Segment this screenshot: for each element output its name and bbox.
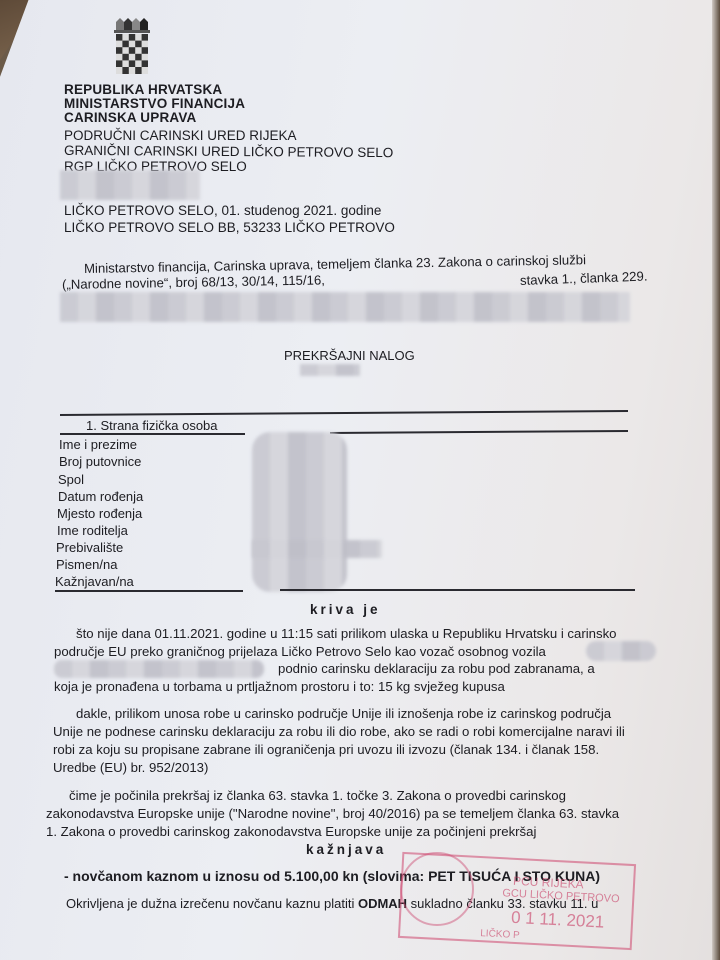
stamp-date: 0 1 11. 2021 — [511, 908, 605, 933]
payment-text-start: Okrivljena je dužna izrečenu novčanu kaz… — [66, 896, 358, 911]
section-rule-left — [60, 433, 245, 435]
document-title: PREKRŠAJNI NALOG — [284, 348, 415, 363]
form-rule-bottom-left — [55, 590, 243, 592]
field-label-birth-date: Datum rođenja — [58, 488, 143, 505]
field-label-passport: Broj putovnice — [59, 453, 141, 470]
field-label-birth-place: Mjesto rođenja — [57, 505, 142, 522]
section-title: 1. Strana fizička osoba — [86, 418, 218, 433]
redacted-vehicle — [586, 641, 656, 661]
stamp-line-2: GCU LIČKO PETROVO — [502, 887, 620, 905]
field-label-sex: Spol — [58, 471, 84, 488]
field-label-parent-name: Ime roditelja — [57, 522, 128, 539]
header-ministry: MINISTARSTVO FINANCIJA — [64, 96, 245, 111]
verdict-p1-line3: podnio carinsku deklaraciju za robu pod … — [278, 660, 595, 678]
penalty-heading: kažnjava — [306, 842, 386, 857]
header-address: LIČKO PETROVO SELO BB, 53233 LIČKO PETRO… — [64, 220, 395, 236]
croatian-coat-of-arms-icon — [112, 18, 152, 80]
date-stamp: PCU RIJEKA GCU LIČKO PETROVO 0 1 11. 202… — [398, 852, 636, 950]
field-label-residence: Prebivalište — [56, 539, 123, 556]
verdict-p1-line2: područje EU preko graničnog prijelaza Li… — [54, 643, 546, 661]
field-label-name: Ime i prezime — [59, 436, 137, 453]
field-label-literate: Pismen/na — [56, 556, 117, 573]
header-regional-office: PODRUČNI CARINSKI URED RIJEKA — [64, 128, 297, 144]
redacted-reference — [60, 170, 200, 200]
verdict-p1-line4: koja je pronađena u torbama u prtljažnom… — [54, 678, 505, 696]
verdict-p3-line2: zakonodavstva Europske unije ("Narodne n… — [46, 805, 619, 823]
field-label-convicted: Kažnjavan/na — [55, 573, 134, 590]
verdict-p2-line4: Uredbe (EU) br. 952/2013) — [53, 759, 208, 777]
redacted-residence — [252, 540, 382, 558]
redacted-doc-number — [300, 364, 360, 376]
verdict-p2-line2: Unije ne podnese carinsku deklaraciju za… — [53, 723, 625, 741]
redacted-personal-data — [252, 432, 347, 592]
header-place-date: LIČKO PETROVO SELO, 01. studenog 2021. g… — [64, 203, 381, 219]
stamp-bottom: LIČKO P — [480, 928, 520, 941]
verdict-p3-line1: čime je počinila prekršaj iz članka 63. … — [69, 787, 566, 805]
redacted-vehicle-2 — [54, 660, 264, 678]
paper-edge — [712, 0, 720, 960]
verdict-p2-line3: robi za koju su propisane zabrane ili og… — [53, 741, 599, 759]
verdict-p1-line1: što nije dana 01.11.2021. godine u 11:15… — [76, 625, 617, 643]
header-administration: CARINSKA UPRAVA — [64, 110, 197, 125]
verdict-p2-line1: dakle, prilikom unosa robe u carinsko po… — [76, 705, 611, 723]
verdict-heading: kriva je — [310, 602, 381, 617]
redacted-intro — [60, 292, 630, 322]
verdict-p3-line3: 1. Zakona o provedbi carinskog zakonodav… — [46, 823, 536, 841]
header-country: REPUBLIKA HRVATSKA — [64, 82, 222, 97]
form-rule-bottom-right — [280, 589, 635, 591]
